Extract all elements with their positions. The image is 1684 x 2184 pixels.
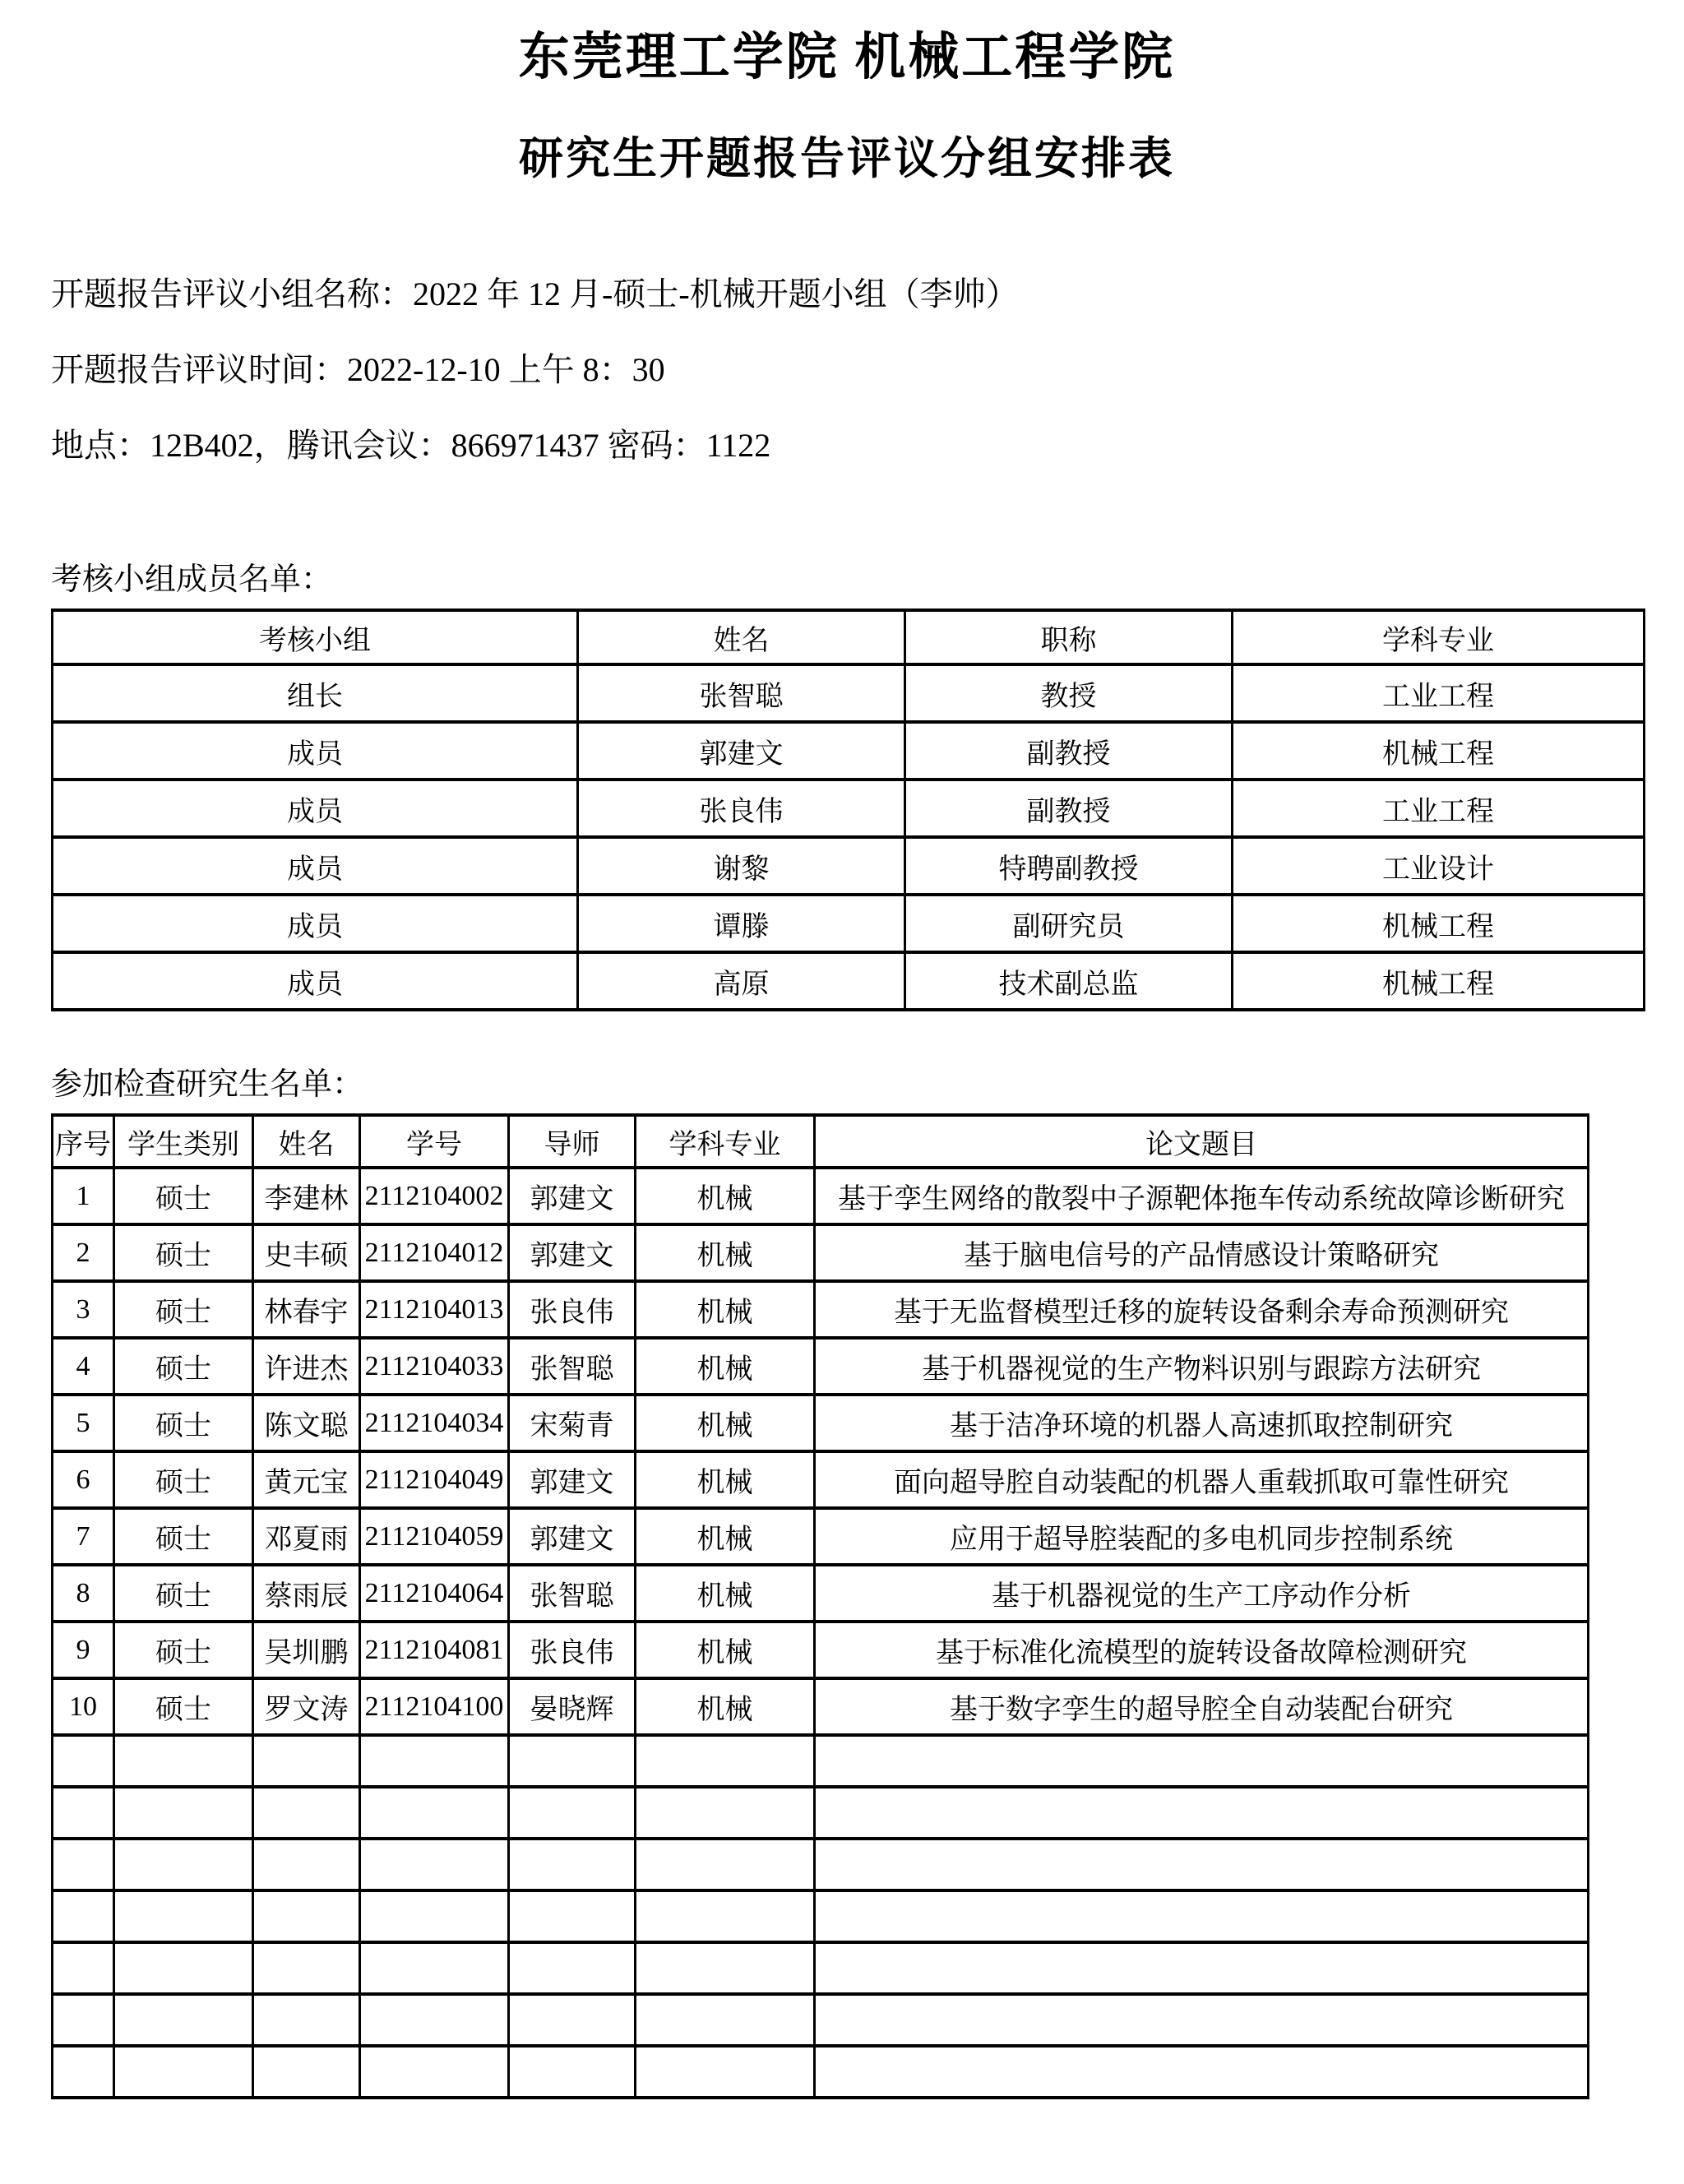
table-cell: 组长 (53, 664, 578, 722)
column-header: 姓名 (253, 1115, 360, 1168)
table-cell: 5 (53, 1395, 114, 1451)
empty-table-cell (636, 1942, 815, 1994)
table-cell: 成员 (53, 952, 578, 1010)
table-cell: 郭建文 (509, 1451, 636, 1508)
table-cell: 机械 (636, 1565, 815, 1622)
table-cell: 机械 (636, 1395, 815, 1451)
table-cell: 副研究员 (905, 895, 1233, 952)
empty-table-cell (636, 2046, 815, 2098)
table-cell: 史丰硕 (253, 1224, 360, 1281)
table-cell: 机械 (636, 1451, 815, 1508)
table-row: 8硕士蔡雨辰2112104064张智聪机械基于机器视觉的生产工序动作分析 (53, 1565, 1589, 1622)
table-cell: 谢黎 (578, 837, 905, 895)
table-row: 成员谭滕副研究员机械工程 (53, 895, 1645, 952)
table-row: 成员张良伟副教授工业工程 (53, 780, 1645, 837)
empty-table-cell (53, 1735, 114, 1787)
table-cell: 张良伟 (578, 780, 905, 837)
table-cell: 副教授 (905, 780, 1233, 837)
table-cell: 宋菊青 (509, 1395, 636, 1451)
empty-table-cell (509, 1735, 636, 1787)
table-cell: 基于数字孪生的超导腔全自动装配台研究 (815, 1678, 1589, 1735)
table-cell: 教授 (905, 664, 1233, 722)
empty-table-row (53, 1890, 1589, 1942)
table-cell: 基于无监督模型迁移的旋转设备剩余寿命预测研究 (815, 1281, 1589, 1338)
table-cell: 罗文涛 (253, 1678, 360, 1735)
table-row: 组长张智聪教授工业工程 (53, 664, 1645, 722)
students-section-label: 参加检查研究生名单： (51, 1066, 1643, 1104)
table-cell: 2112104059 (360, 1508, 509, 1565)
table-cell: 面向超导腔自动装配的机器人重载抓取可靠性研究 (815, 1451, 1589, 1508)
empty-table-cell (509, 1787, 636, 1839)
table-cell: 9 (53, 1622, 114, 1678)
empty-table-cell (360, 1787, 509, 1839)
empty-table-cell (636, 1890, 815, 1942)
empty-table-cell (253, 1890, 360, 1942)
column-header: 姓名 (578, 610, 905, 664)
table-cell: 晏晓辉 (509, 1678, 636, 1735)
table-cell: 硕士 (114, 1622, 253, 1678)
header-row: 序号学生类别姓名学号导师学科专业论文题目 (53, 1115, 1589, 1168)
empty-table-cell (509, 1994, 636, 2046)
table-cell: 机械 (636, 1168, 815, 1224)
empty-table-row (53, 1942, 1589, 1994)
table-cell: 基于机器视觉的生产工序动作分析 (815, 1565, 1589, 1622)
header-row: 考核小组姓名职称学科专业 (53, 610, 1645, 664)
empty-table-row (53, 2046, 1589, 2098)
empty-table-row (53, 1787, 1589, 1839)
table-row: 4硕士许进杰2112104033张智聪机械基于机器视觉的生产物料识别与跟踪方法研… (53, 1338, 1589, 1395)
empty-table-cell (815, 2046, 1589, 2098)
table-cell: 林春宇 (253, 1281, 360, 1338)
empty-table-cell (509, 2046, 636, 2098)
table-cell: 3 (53, 1281, 114, 1338)
table-cell: 吴圳鹏 (253, 1622, 360, 1678)
table-cell: 硕士 (114, 1508, 253, 1565)
empty-table-cell (636, 1787, 815, 1839)
committee-section-label: 考核小组成员名单： (51, 561, 1643, 599)
page-title: 东莞理工学院 机械工程学院 (51, 23, 1643, 92)
table-cell: 基于孪生网络的散裂中子源靶体拖车传动系统故障诊断研究 (815, 1168, 1589, 1224)
table-cell: 黄元宝 (253, 1451, 360, 1508)
empty-table-cell (253, 1839, 360, 1890)
table-cell: 特聘副教授 (905, 837, 1233, 895)
table-row: 7硕士邓夏雨2112104059郭建文机械应用于超导腔装配的多电机同步控制系统 (53, 1508, 1589, 1565)
table-cell: 机械 (636, 1508, 815, 1565)
table-row: 5硕士陈文聪2112104034宋菊青机械基于洁净环境的机器人高速抓取控制研究 (53, 1395, 1589, 1451)
table-cell: 机械 (636, 1622, 815, 1678)
table-cell: 7 (53, 1508, 114, 1565)
table-cell: 2 (53, 1224, 114, 1281)
table-cell: 邓夏雨 (253, 1508, 360, 1565)
empty-table-cell (360, 2046, 509, 2098)
empty-table-cell (253, 1787, 360, 1839)
table-cell: 郭建文 (578, 722, 905, 780)
table-row: 1硕士李建林2112104002郭建文机械基于孪生网络的散裂中子源靶体拖车传动系… (53, 1168, 1589, 1224)
table-cell: 2112104064 (360, 1565, 509, 1622)
table-cell: 硕士 (114, 1224, 253, 1281)
empty-table-cell (636, 1839, 815, 1890)
empty-table-cell (360, 1994, 509, 2046)
table-cell: 2112104034 (360, 1395, 509, 1451)
table-cell: 1 (53, 1168, 114, 1224)
empty-table-cell (114, 2046, 253, 2098)
empty-table-cell (114, 1787, 253, 1839)
table-cell: 郭建文 (509, 1224, 636, 1281)
empty-table-cell (114, 1839, 253, 1890)
review-time-line: 开题报告评议时间：2022-12-10 上午 8：30 (51, 349, 1643, 391)
table-cell: 成员 (53, 895, 578, 952)
table-cell: 机械 (636, 1281, 815, 1338)
table-cell: 基于洁净环境的机器人高速抓取控制研究 (815, 1395, 1589, 1451)
table-cell: 10 (53, 1678, 114, 1735)
table-cell: 郭建文 (509, 1168, 636, 1224)
column-header: 序号 (53, 1115, 114, 1168)
location-line: 地点：12B402，腾讯会议：866971437 密码：1122 (51, 424, 1643, 467)
table-cell: 硕士 (114, 1168, 253, 1224)
empty-table-cell (509, 1839, 636, 1890)
table-row: 3硕士林春宇2112104013张良伟机械基于无监督模型迁移的旋转设备剩余寿命预… (53, 1281, 1589, 1338)
table-row: 2硕士史丰硕2112104012郭建文机械基于脑电信号的产品情感设计策略研究 (53, 1224, 1589, 1281)
table-cell: 张良伟 (509, 1281, 636, 1338)
empty-table-row (53, 1839, 1589, 1890)
table-cell: 2112104100 (360, 1678, 509, 1735)
table-row: 成员谢黎特聘副教授工业设计 (53, 837, 1645, 895)
empty-table-cell (815, 1994, 1589, 2046)
column-header: 职称 (905, 610, 1233, 664)
table-cell: 硕士 (114, 1395, 253, 1451)
table-cell: 基于机器视觉的生产物料识别与跟踪方法研究 (815, 1338, 1589, 1395)
table-cell: 张智聪 (578, 664, 905, 722)
table-cell: 2112104012 (360, 1224, 509, 1281)
table-cell: 硕士 (114, 1338, 253, 1395)
empty-table-cell (815, 1890, 1589, 1942)
table-cell: 2112104002 (360, 1168, 509, 1224)
empty-table-cell (114, 1735, 253, 1787)
table-cell: 机械工程 (1233, 722, 1645, 780)
empty-table-cell (360, 1890, 509, 1942)
table-row: 6硕士黄元宝2112104049郭建文机械面向超导腔自动装配的机器人重载抓取可靠… (53, 1451, 1589, 1508)
table-cell: 2112104081 (360, 1622, 509, 1678)
table-cell: 基于脑电信号的产品情感设计策略研究 (815, 1224, 1589, 1281)
table-cell: 8 (53, 1565, 114, 1622)
table-cell: 成员 (53, 837, 578, 895)
empty-table-cell (253, 1942, 360, 1994)
table-row: 9硕士吴圳鹏2112104081张良伟机械基于标准化流模型的旋转设备故障检测研究 (53, 1622, 1589, 1678)
empty-table-cell (253, 1994, 360, 2046)
table-cell: 4 (53, 1338, 114, 1395)
empty-table-cell (815, 1787, 1589, 1839)
table-cell: 谭滕 (578, 895, 905, 952)
column-header: 学号 (360, 1115, 509, 1168)
column-header: 导师 (509, 1115, 636, 1168)
empty-table-cell (253, 1735, 360, 1787)
table-cell: 工业工程 (1233, 664, 1645, 722)
empty-table-cell (53, 1839, 114, 1890)
empty-table-cell (636, 1994, 815, 2046)
empty-table-cell (114, 1890, 253, 1942)
empty-table-cell (53, 1787, 114, 1839)
empty-table-cell (53, 1994, 114, 2046)
table-cell: 硕士 (114, 1565, 253, 1622)
table-cell: 机械工程 (1233, 952, 1645, 1010)
empty-table-row (53, 1994, 1589, 2046)
empty-table-cell (114, 1942, 253, 1994)
empty-table-row (53, 1735, 1589, 1787)
table-cell: 工业设计 (1233, 837, 1645, 895)
page-subtitle: 研究生开题报告评议分组安排表 (51, 132, 1643, 186)
empty-table-cell (53, 1890, 114, 1942)
empty-table-cell (53, 1942, 114, 1994)
table-cell: 张智聪 (509, 1565, 636, 1622)
table-row: 10硕士罗文涛2112104100晏晓辉机械基于数字孪生的超导腔全自动装配台研究 (53, 1678, 1589, 1735)
empty-table-cell (360, 1839, 509, 1890)
column-header: 学生类别 (114, 1115, 253, 1168)
table-cell: 郭建文 (509, 1508, 636, 1565)
table-cell: 2112104033 (360, 1338, 509, 1395)
empty-table-cell (253, 2046, 360, 2098)
empty-table-cell (509, 1942, 636, 1994)
empty-table-cell (53, 2046, 114, 2098)
table-cell: 硕士 (114, 1451, 253, 1508)
table-cell: 蔡雨辰 (253, 1565, 360, 1622)
document-page: 东莞理工学院 机械工程学院 研究生开题报告评议分组安排表 开题报告评议小组名称：… (0, 0, 1684, 2184)
table-cell: 2112104013 (360, 1281, 509, 1338)
empty-table-cell (360, 1735, 509, 1787)
column-header: 学科专业 (1233, 610, 1645, 664)
students-table: 序号学生类别姓名学号导师学科专业论文题目1硕士李建林2112104002郭建文机… (51, 1113, 1589, 2099)
table-cell: 工业工程 (1233, 780, 1645, 837)
committee-table: 考核小组姓名职称学科专业组长张智聪教授工业工程成员郭建文副教授机械工程成员张良伟… (51, 608, 1645, 1011)
table-cell: 硕士 (114, 1678, 253, 1735)
table-cell: 张良伟 (509, 1622, 636, 1678)
table-cell: 机械 (636, 1678, 815, 1735)
table-cell: 6 (53, 1451, 114, 1508)
table-cell: 李建林 (253, 1168, 360, 1224)
column-header: 论文题目 (815, 1115, 1589, 1168)
table-cell: 成员 (53, 780, 578, 837)
empty-table-cell (815, 1735, 1589, 1787)
table-cell: 机械 (636, 1224, 815, 1281)
empty-table-cell (815, 1942, 1589, 1994)
table-cell: 基于标准化流模型的旋转设备故障检测研究 (815, 1622, 1589, 1678)
group-name-line: 开题报告评议小组名称：2022 年 12 月-硕士-机械开题小组（李帅） (51, 273, 1643, 316)
empty-table-cell (360, 1942, 509, 1994)
table-cell: 副教授 (905, 722, 1233, 780)
table-cell: 机械 (636, 1338, 815, 1395)
column-header: 考核小组 (53, 610, 578, 664)
column-header: 学科专业 (636, 1115, 815, 1168)
table-cell: 技术副总监 (905, 952, 1233, 1010)
table-cell: 张智聪 (509, 1338, 636, 1395)
table-cell: 应用于超导腔装配的多电机同步控制系统 (815, 1508, 1589, 1565)
table-cell: 成员 (53, 722, 578, 780)
table-cell: 机械工程 (1233, 895, 1645, 952)
table-row: 成员高原技术副总监机械工程 (53, 952, 1645, 1010)
empty-table-cell (509, 1890, 636, 1942)
empty-table-cell (815, 1839, 1589, 1890)
empty-table-cell (114, 1994, 253, 2046)
empty-table-cell (636, 1735, 815, 1787)
table-cell: 高原 (578, 952, 905, 1010)
table-row: 成员郭建文副教授机械工程 (53, 722, 1645, 780)
table-cell: 许进杰 (253, 1338, 360, 1395)
table-cell: 陈文聪 (253, 1395, 360, 1451)
table-cell: 硕士 (114, 1281, 253, 1338)
table-cell: 2112104049 (360, 1451, 509, 1508)
